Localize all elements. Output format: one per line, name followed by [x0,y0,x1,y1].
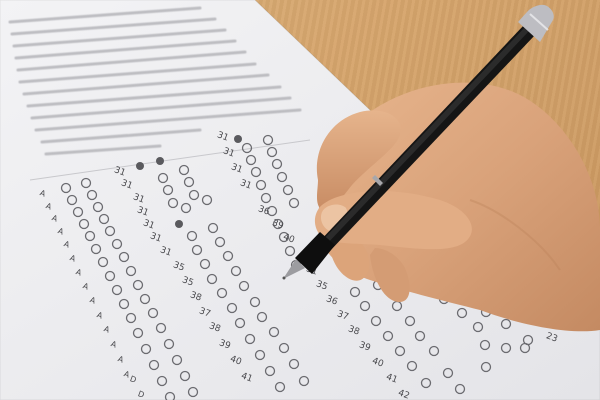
pen-body [300,25,535,272]
black-pen [0,0,600,400]
photo-scene: A A A A A A A A A A A A A A D D 31 31 31… [0,0,600,400]
